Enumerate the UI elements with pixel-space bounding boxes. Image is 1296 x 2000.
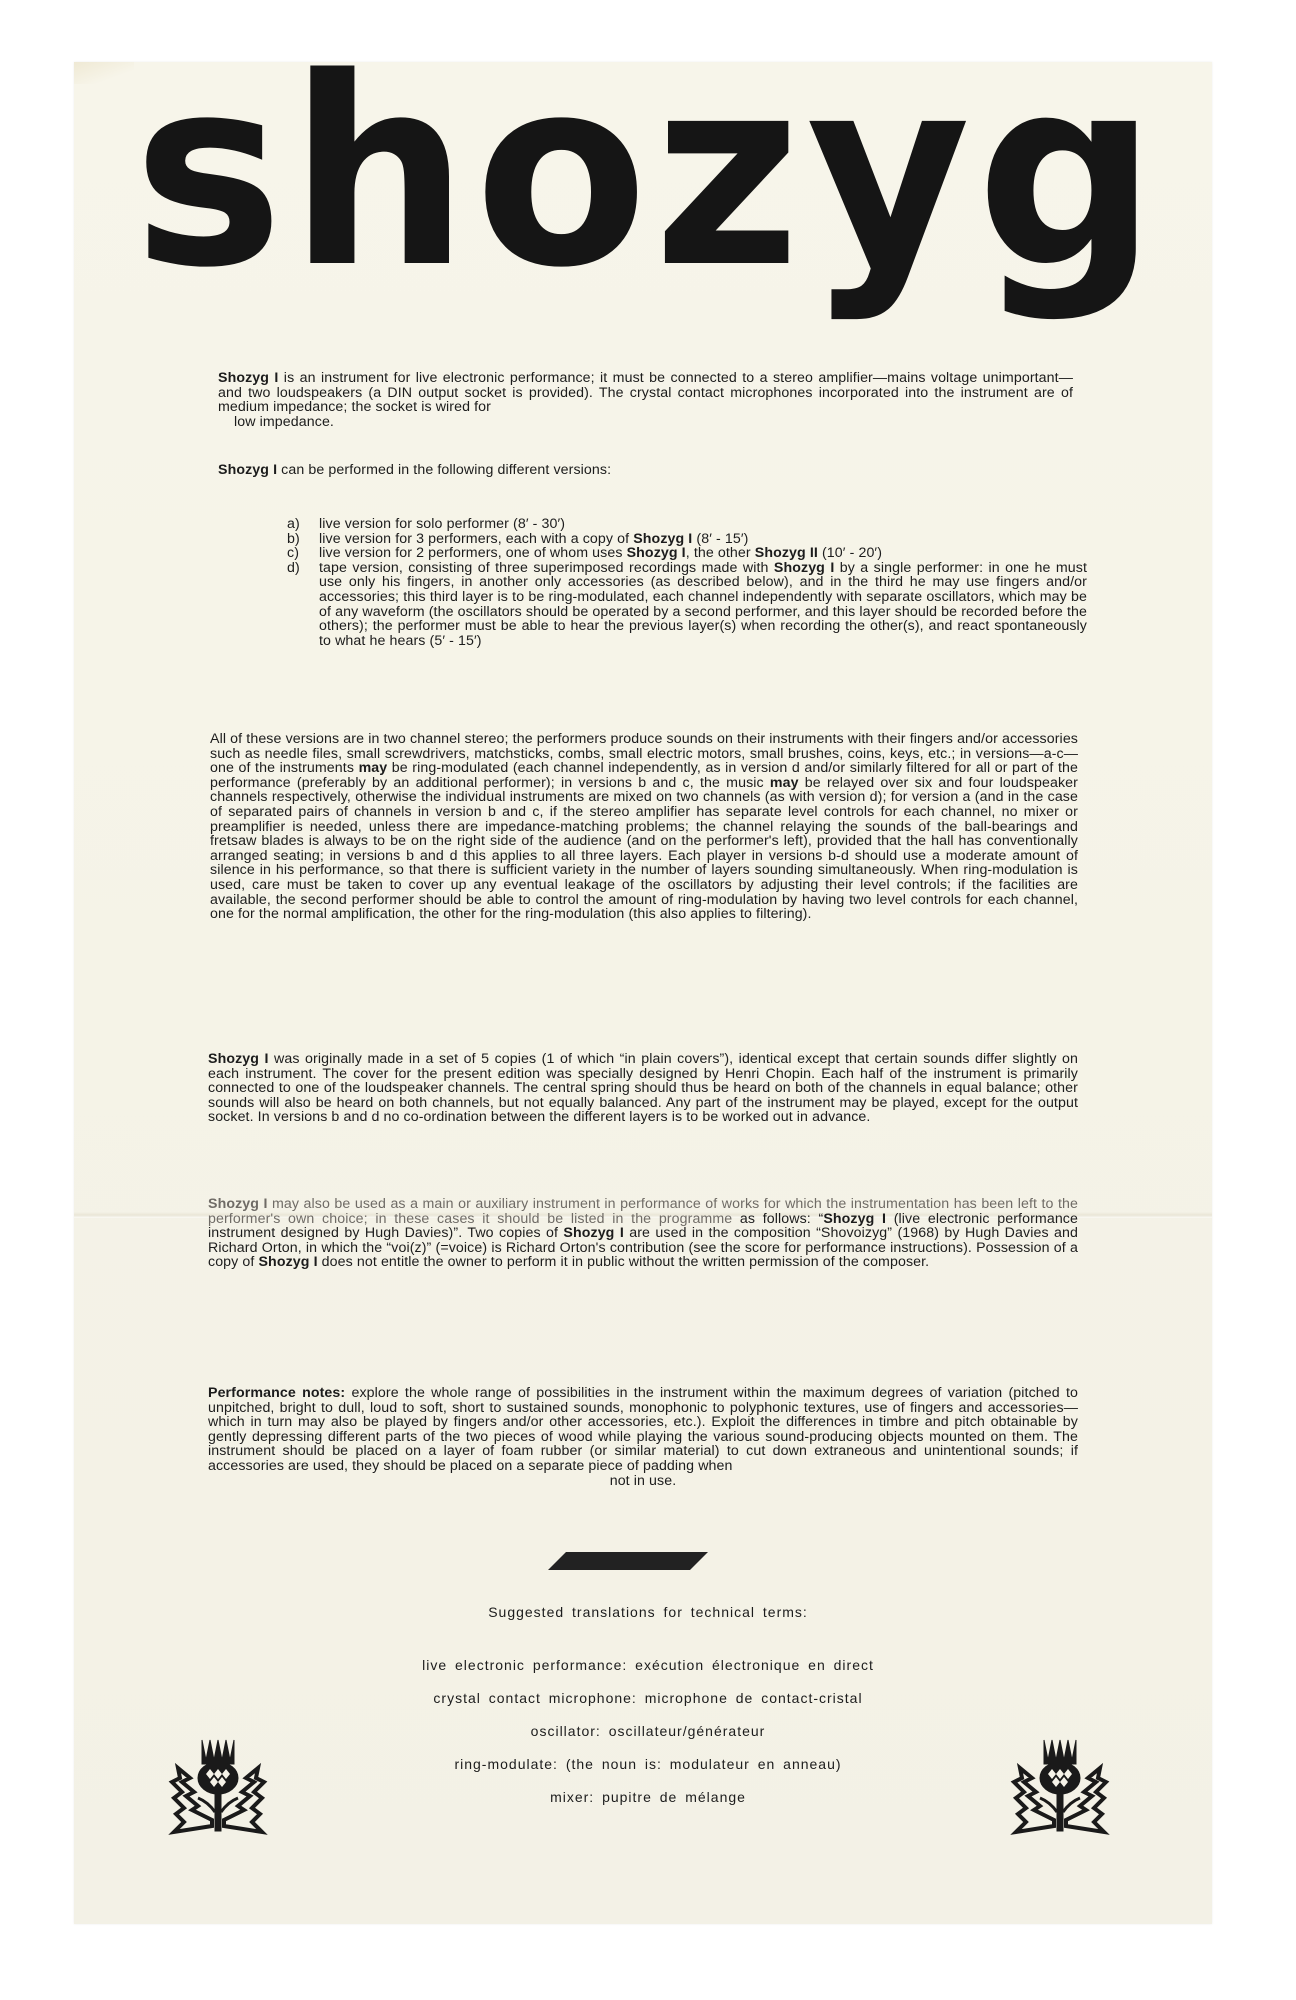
document-title: shozyg	[19, 44, 1276, 304]
stereo-paragraph: All of these versions are in two channel…	[210, 732, 1078, 922]
version-item-a: a) live version for solo performer (8′ -…	[287, 517, 1087, 532]
version-item-d: d) tape version, consisting of three sup…	[287, 561, 1087, 649]
versions-list: a) live version for solo performer (8′ -…	[287, 517, 1087, 648]
translation-item: crystal contact microphone: microphone d…	[0, 1690, 1296, 1706]
translation-item: oscillator: oscillateur/générateur	[0, 1723, 1296, 1739]
performance-notes: Performance notes: explore the whole ran…	[208, 1386, 1078, 1488]
version-item-b: b) live version for 3 performers, each w…	[287, 532, 1087, 547]
versions-intro: Shozyg I can be performed in the followi…	[218, 463, 1073, 478]
document-sheet	[74, 62, 1212, 1924]
thistle-emblem-icon	[168, 1738, 268, 1838]
usage-paragraph: Shozyg I may also be used as a main or a…	[208, 1197, 1078, 1270]
translations-heading: Suggested translations for technical ter…	[0, 1604, 1296, 1620]
translation-item: live electronic performance: exécution é…	[0, 1657, 1296, 1673]
copies-paragraph: Shozyg I was originally made in a set of…	[208, 1052, 1078, 1125]
parallelogram-separator-icon	[548, 1552, 708, 1570]
instrument-name: Shozyg I	[218, 370, 278, 386]
thistle-emblem-icon	[1010, 1738, 1110, 1838]
intro-paragraph: Shozyg I is an instrument for live elect…	[218, 371, 1073, 429]
version-item-c: c) live version for 2 performers, one of…	[287, 546, 1087, 561]
